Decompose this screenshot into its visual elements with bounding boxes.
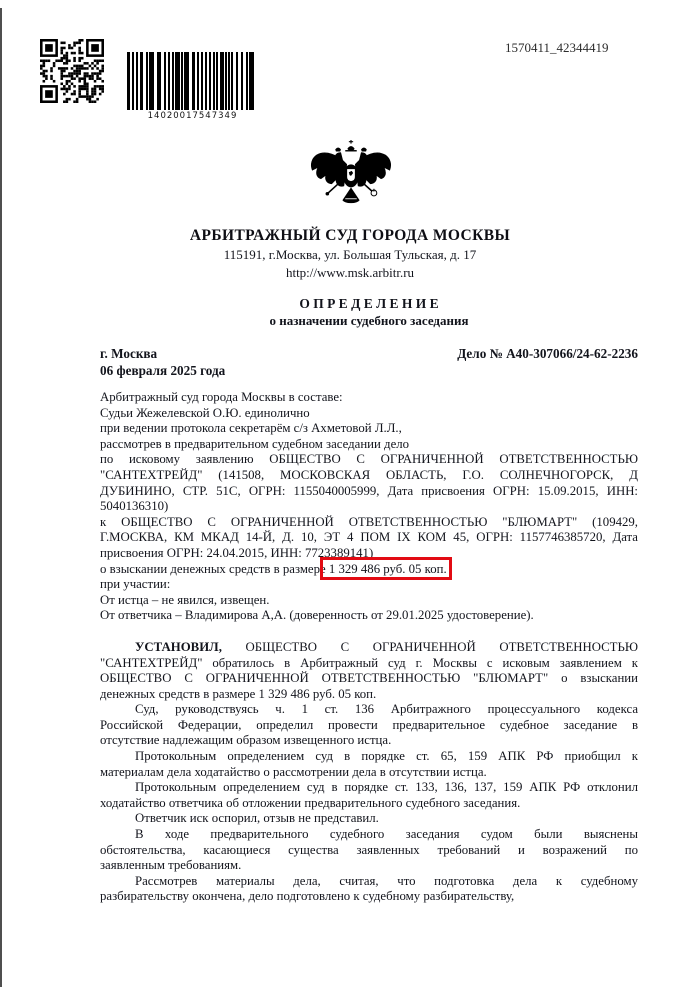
russian-coat-of-arms-icon: [308, 136, 394, 220]
paragraph-protocol-2: Протокольным определением суд в порядке …: [100, 780, 638, 811]
document-subtitle: о назначении судебного заседания: [100, 313, 638, 329]
ustanovil-line: "САНТЕХТРЕЙД" обратилось в Арбитражный с…: [100, 656, 638, 672]
respondent-paragraph: к ОБЩЕСТВО С ОГРАНИЧЕННОЙ ОТВЕТСТВЕННОСТ…: [100, 515, 638, 562]
ustanovil-line: ОБЩЕСТВО С ОГРАНИЧЕННОЙ ОТВЕТСТВЕННОСТЬЮ…: [100, 671, 638, 687]
qr-code-icon: [40, 38, 104, 104]
participation-line: при участии:: [100, 577, 638, 593]
barcode-icon: [127, 52, 258, 110]
barcode-block: 14020017547349: [127, 52, 258, 121]
paragraph-line: Протокольным определением суд в порядке …: [100, 780, 638, 796]
participation-line: От истца – не явился, извещен.: [100, 593, 638, 609]
claim-amount-highlighted: 1 329 486 руб. 05 коп.: [329, 562, 447, 576]
ustanovil-line: УСТАНОВИЛ, ОБЩЕСТВО С ОГРАНИЧЕННОЙ ОТВЕТ…: [100, 640, 638, 656]
respondent-line: к ОБЩЕСТВО С ОГРАНИЧЕННОЙ ОТВЕТСТВЕННОСТ…: [100, 515, 638, 531]
paragraph-line: В ходе предварительного судебного заседа…: [100, 827, 638, 843]
claimant-line: 5040136310): [100, 499, 638, 515]
letterhead: АРБИТРАЖНЫЙ СУД ГОРОДА МОСКВЫ 115191, г.…: [0, 227, 700, 281]
paragraph-otvetchik: Ответчик иск оспорил, отзыв не представи…: [100, 811, 638, 827]
participation-line: От ответчика – Владимирова А,А. (доверен…: [100, 608, 638, 624]
barcode-number: 14020017547349: [127, 111, 258, 121]
claimant-paragraph: по исковому заявлению ОБЩЕСТВО С ОГРАНИЧ…: [100, 452, 638, 514]
claim-prefix: о взыскании денежных средств в размере: [100, 562, 326, 576]
ustanovil-line: денежных средств в размере 1 329 486 руб…: [100, 687, 638, 703]
intro-line: рассмотрев в предварительном судебном за…: [100, 437, 638, 453]
ustanovil-line-rest: ОБЩЕСТВО С ОГРАНИЧЕННОЙ ОТВЕТСТВЕННОСТЬЮ: [222, 640, 638, 654]
body-text: Арбитражный суд города Москвы в составе:…: [100, 390, 638, 905]
paragraph-line: Российской Федерации, определил провести…: [100, 718, 638, 734]
claim-amount-line: о взыскании денежных средств в размере 1…: [100, 562, 638, 578]
claimant-line: ДУБИНИНО, СТР. 51С, ОГРН: 1155040005999,…: [100, 484, 638, 500]
respondent-line: Г.МОСКВА, КМ МКАД 14-Й, Д. 10, ЭТ 4 ПОМ …: [100, 530, 638, 546]
paragraph-protocol-1: Протокольным определением суд в порядке …: [100, 749, 638, 780]
meta-city: г. Москва: [100, 346, 157, 362]
paragraph-line: разбирательству окончена, дело подготовл…: [100, 889, 638, 905]
page-left-edge-line: [0, 8, 2, 987]
paragraph-line: Рассмотрев материалы дела, считая, что п…: [100, 874, 638, 890]
intro-line: Судьи Жежелевской О.Ю. единолично: [100, 406, 638, 422]
document-id: 1570411_42344419: [505, 40, 609, 56]
paragraph-line: материалам дела ходатайство о рассмотрен…: [100, 765, 638, 781]
meta-date: 06 февраля 2025 года: [100, 363, 638, 379]
paragraph-line: Протокольным определением суд в порядке …: [100, 749, 638, 765]
meta-row: г. Москва Дело № А40-307066/24-62-2236: [100, 346, 638, 362]
court-address: 115191, г.Москва, ул. Большая Тульская, …: [0, 247, 700, 263]
ustanovil-keyword: УСТАНОВИЛ,: [135, 640, 222, 654]
paragraph-line: обстоятельства, касающиеся существа заяв…: [100, 843, 638, 859]
paragraph-line: отсутствие надлежащим образом извещенног…: [100, 733, 638, 749]
paragraph-sud: Суд, руководствуясь ч. 1 ст. 136 Арбитра…: [100, 702, 638, 749]
paragraph-vhode: В ходе предварительного судебного заседа…: [100, 827, 638, 874]
ustanovil-paragraph: УСТАНОВИЛ, ОБЩЕСТВО С ОГРАНИЧЕННОЙ ОТВЕТ…: [100, 640, 638, 702]
court-document-page: { "icons": { "qr": "qr-code", "barcode":…: [0, 0, 700, 987]
case-number: Дело № А40-307066/24-62-2236: [457, 346, 638, 362]
paragraph-line: ходатайство ответчика об отложении предв…: [100, 796, 638, 812]
paragraph-line: заявленным требованиям.: [100, 858, 638, 874]
claimant-line: "САНТЕХТРЕЙД" (141508, МОСКОВСКАЯ ОБЛАСТ…: [100, 468, 638, 484]
court-website: http://www.msk.arbitr.ru: [0, 265, 700, 281]
intro-line: Арбитражный суд города Москвы в составе:: [100, 390, 638, 406]
document-title: О П Р Е Д Е Л Е Н И Е: [100, 296, 638, 312]
paragraph-rassmotrev: Рассмотрев материалы дела, считая, что п…: [100, 874, 638, 905]
paragraph-line: Суд, руководствуясь ч. 1 ст. 136 Арбитра…: [100, 702, 638, 718]
respondent-line: присвоения ОГРН: 24.04.2015, ИНН: 772338…: [100, 546, 638, 562]
claimant-line: по исковому заявлению ОБЩЕСТВО С ОГРАНИЧ…: [100, 452, 638, 468]
document-body: О П Р Е Д Е Л Е Н И Е о назначении судеб…: [100, 296, 638, 905]
intro-line: при ведении протокола секретарём с/з Ахм…: [100, 421, 638, 437]
court-name: АРБИТРАЖНЫЙ СУД ГОРОДА МОСКВЫ: [0, 227, 700, 245]
